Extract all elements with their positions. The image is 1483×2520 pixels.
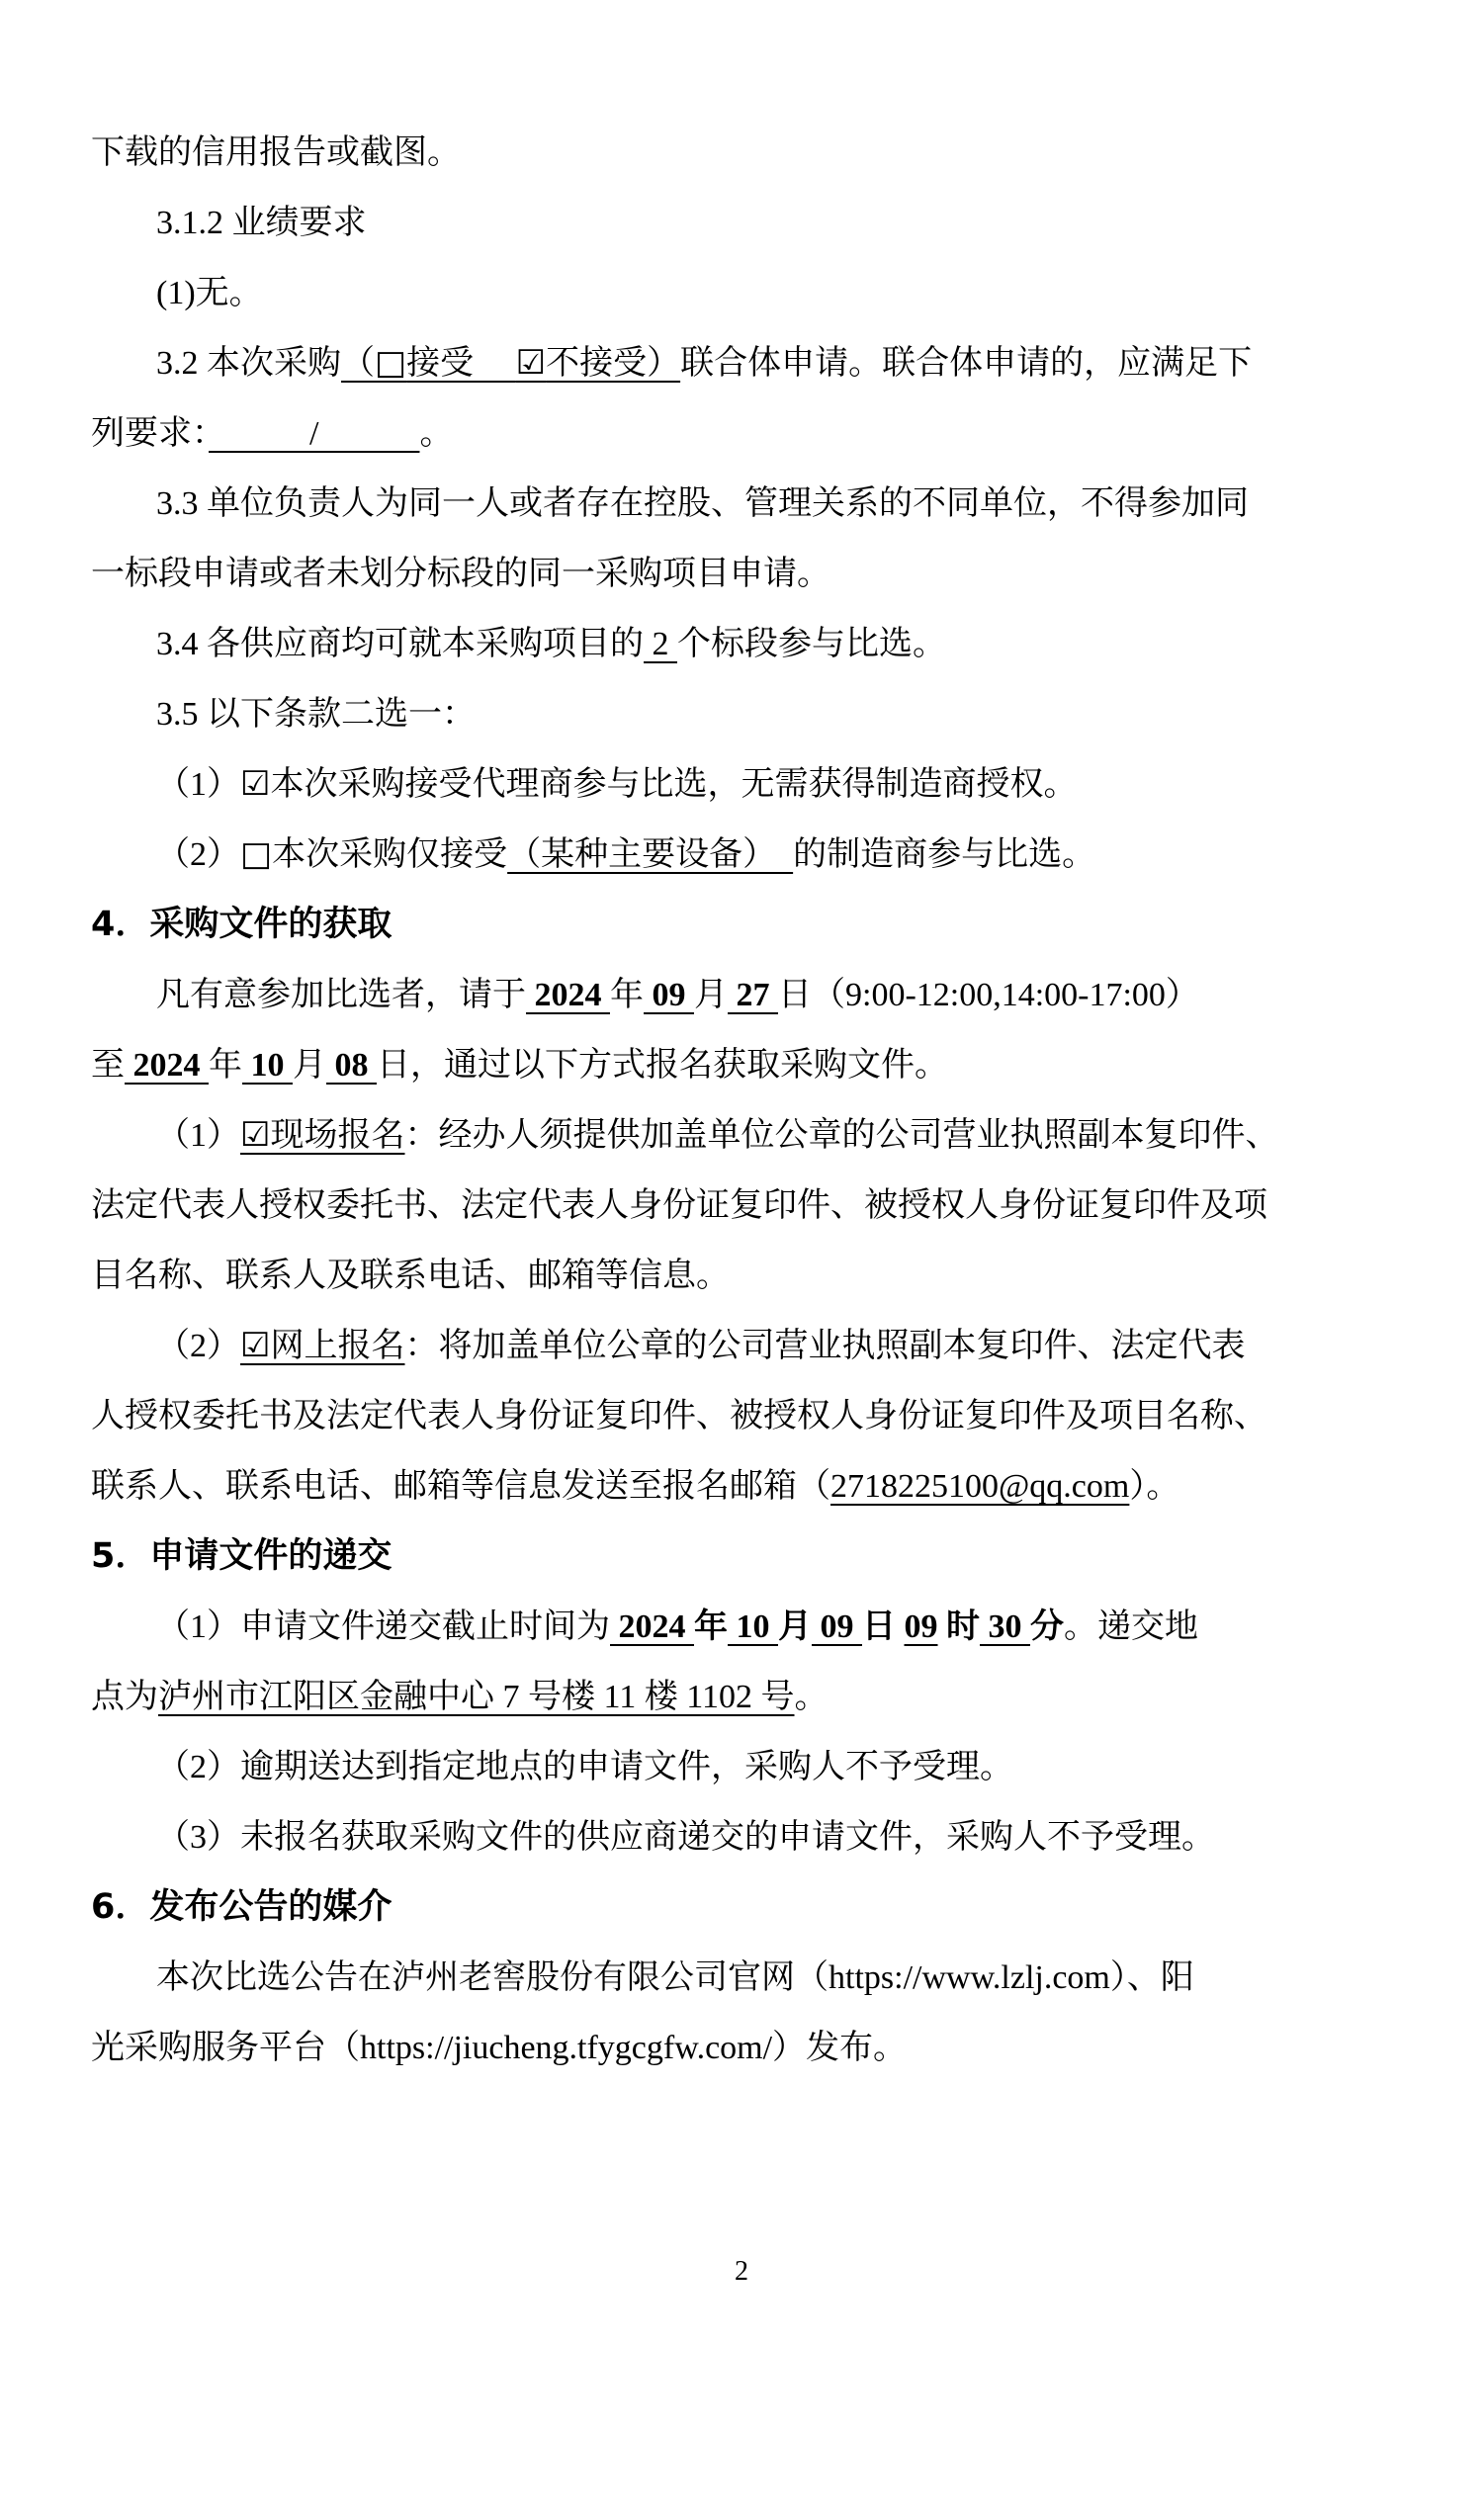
text-line: 光采购服务平台（https://jiucheng.tfygcgfw.com/）发… bbox=[91, 2013, 1410, 2083]
text-line: 凡有意参加比选者，请于 2024 年 09 月 27 日（9:00-12:00,… bbox=[91, 960, 1410, 1030]
text-line: 至 2024 年 10 月 08 日，通过以下方式报名获取采购文件。 bbox=[91, 1030, 1410, 1100]
text-segment: 2024 bbox=[125, 1047, 209, 1084]
text-segment: 个标段参与比选。 bbox=[677, 626, 946, 662]
text-segment: 年 bbox=[610, 977, 644, 1013]
text-line: 下载的信用报告或截图。 bbox=[91, 118, 1410, 188]
text-segment: 10 bbox=[728, 1608, 778, 1645]
text-segment: 3.4 各供应商均可就本采购项目的 bbox=[156, 626, 644, 662]
text-segment: 3.3 单位负责人为同一人或者存在控股、管理关系的不同单位，不得参加同 bbox=[156, 485, 1249, 522]
text-segment: 网上报名 bbox=[270, 1328, 404, 1364]
text-segment: 年 bbox=[209, 1047, 242, 1084]
text-line: 本次比选公告在泸州老窖股份有限公司官网（https://www.lzlj.com… bbox=[91, 1943, 1410, 2013]
text-segment: 凡有意参加比选者，请于 bbox=[156, 977, 526, 1013]
text-segment: 2718225100@qq.com bbox=[830, 1468, 1129, 1505]
checkbox-unchecked-icon: □ bbox=[240, 834, 272, 874]
text-line: 3.2 本次采购（□接受 ☑不接受）联合体申请。联合体申请的，应满足下 bbox=[91, 328, 1410, 398]
text-segment: 至 bbox=[91, 1047, 125, 1084]
text-segment: （1） bbox=[156, 1117, 240, 1154]
text-line: 列要求： / 。 bbox=[91, 398, 1410, 469]
text-line: （1）☑现场报名：经办人须提供加盖单位公章的公司营业执照副本复印件、 bbox=[91, 1100, 1410, 1171]
text-segment: 日 bbox=[862, 1608, 905, 1645]
text-segment: 泸州市江阳区金融中心 7 号楼 11 楼 1102 号 bbox=[158, 1679, 794, 1715]
text-segment: （某种主要设备） bbox=[507, 836, 793, 873]
text-segment: 光采购服务平台（https://jiucheng.tfygcgfw.com/）发… bbox=[91, 2030, 907, 2066]
text-segment: 人授权委托书及法定代表人身份证复印件、被授权人身份证复印件及项目名称、 bbox=[91, 1398, 1267, 1434]
text-line: 一标段申请或者未划分标段的同一采购项目申请。 bbox=[91, 539, 1410, 609]
text-segment: 一标段申请或者未划分标段的同一采购项目申请。 bbox=[91, 556, 830, 592]
text-segment: 的制造商参与比选。 bbox=[793, 836, 1095, 873]
text-segment: 本次采购接受代理商参与比选，无需获得制造商授权。 bbox=[270, 766, 1077, 803]
text-line: 目名称、联系人及联系电话、邮箱等信息。 bbox=[91, 1241, 1410, 1311]
text-segment: 2 bbox=[644, 626, 677, 662]
text-segment: 09 bbox=[644, 977, 694, 1013]
checkbox-checked-icon: ☑ bbox=[240, 1326, 270, 1365]
page-number: 2 bbox=[0, 2236, 1483, 2306]
text-line: 点为泸州市江阳区金融中心 7 号楼 11 楼 1102 号。 bbox=[91, 1662, 1410, 1732]
text-segment: 本次采购仅接受 bbox=[272, 836, 507, 873]
text-segment: 月 bbox=[694, 977, 728, 1013]
text-segment: 年 bbox=[694, 1608, 728, 1645]
text-line: 3.1.2 业绩要求 bbox=[91, 188, 1410, 258]
text-segment: （3）未报名获取采购文件的供应商递交的申请文件，采购人不予受理。 bbox=[156, 1819, 1215, 1856]
text-segment: 法定代表人授权委托书、法定代表人身份证复印件、被授权人身份证复印件及项 bbox=[91, 1187, 1267, 1224]
text-segment: 09 bbox=[812, 1608, 862, 1645]
text-segment: / bbox=[209, 415, 419, 452]
section-heading: 4．采购文件的获取 bbox=[91, 890, 1410, 960]
text-segment: 。 bbox=[419, 415, 453, 452]
text-segment: （1） bbox=[156, 766, 240, 803]
text-segment: 3.1.2 业绩要求 bbox=[156, 205, 367, 241]
text-line: （1）☑本次采购接受代理商参与比选，无需获得制造商授权。 bbox=[91, 749, 1410, 820]
text-line: 3.3 单位负责人为同一人或者存在控股、管理关系的不同单位，不得参加同 bbox=[91, 469, 1410, 539]
text-segment: 08 bbox=[326, 1047, 377, 1084]
checkbox-checked-icon: ☑ bbox=[516, 343, 546, 383]
text-segment: 联合体申请。联合体申请的，应满足下 bbox=[680, 345, 1252, 382]
text-segment: ：经办人须提供加盖单位公章的公司营业执照副本复印件、 bbox=[404, 1117, 1278, 1154]
text-segment: 联系人、联系电话、邮箱等信息发送至报名邮箱（ bbox=[91, 1468, 830, 1505]
text-segment: 30 bbox=[980, 1608, 1030, 1645]
text-line: （1）申请文件递交截止时间为 2024 年 10 月 09 日 09 时 30 … bbox=[91, 1592, 1410, 1662]
section-heading: 6．发布公告的媒介 bbox=[91, 1872, 1410, 1943]
text-segment: 日，通过以下方式报名获取采购文件。 bbox=[377, 1047, 948, 1084]
text-line: (1)无。 bbox=[91, 258, 1410, 328]
checkbox-checked-icon: ☑ bbox=[240, 1115, 270, 1155]
text-segment: 3.5 以下条款二选一： bbox=[156, 696, 476, 733]
text-segment: 不接受） bbox=[546, 345, 680, 382]
text-segment: 。递交地 bbox=[1064, 1608, 1198, 1645]
text-segment: 10 bbox=[242, 1047, 293, 1084]
text-segment: 分 bbox=[1030, 1608, 1064, 1645]
text-segment: 月 bbox=[778, 1608, 812, 1645]
document-page: 下载的信用报告或截图。3.1.2 业绩要求(1)无。3.2 本次采购（□接受 ☑… bbox=[0, 0, 1483, 2520]
text-line: 人授权委托书及法定代表人身份证复印件、被授权人身份证复印件及项目名称、 bbox=[91, 1381, 1410, 1451]
text-segment: 时 bbox=[938, 1608, 981, 1645]
text-segment: （2） bbox=[156, 1328, 240, 1364]
text-line: （3）未报名获取采购文件的供应商递交的申请文件，采购人不予受理。 bbox=[91, 1802, 1410, 1872]
text-line: 3.5 以下条款二选一： bbox=[91, 679, 1410, 749]
text-segment: 6．发布公告的媒介 bbox=[91, 1887, 392, 1927]
text-segment: ：将加盖单位公章的公司营业执照副本复印件、法定代表 bbox=[404, 1328, 1245, 1364]
text-line: 联系人、联系电话、邮箱等信息发送至报名邮箱（2718225100@qq.com）… bbox=[91, 1451, 1410, 1521]
text-segment: （2）逾期送达到指定地点的申请文件，采购人不予受理。 bbox=[156, 1749, 1013, 1785]
text-segment: 现场报名 bbox=[270, 1117, 404, 1154]
text-line: 3.4 各供应商均可就本采购项目的 2 个标段参与比选。 bbox=[91, 609, 1410, 679]
text-segment: 点为 bbox=[91, 1679, 158, 1715]
document-body: 下载的信用报告或截图。3.1.2 业绩要求(1)无。3.2 本次采购（□接受 ☑… bbox=[91, 118, 1410, 2083]
text-segment: 列要求： bbox=[91, 415, 209, 452]
text-segment: 4．采购文件的获取 bbox=[91, 905, 392, 944]
text-segment: 2024 bbox=[610, 1608, 694, 1645]
text-segment: 。 bbox=[794, 1679, 828, 1715]
text-segment: （ bbox=[341, 345, 375, 382]
text-segment: 5．申请文件的递交 bbox=[91, 1536, 392, 1576]
text-segment: 2024 bbox=[526, 977, 610, 1013]
text-segment: (1)无。 bbox=[156, 275, 263, 311]
text-line: （2）□本次采购仅接受（某种主要设备） 的制造商参与比选。 bbox=[91, 820, 1410, 890]
text-segment: ）。 bbox=[1129, 1468, 1179, 1505]
text-segment: 日（9:00-12:00,14:00-17:00） bbox=[778, 977, 1199, 1013]
text-segment: （1）申请文件递交截止时间为 bbox=[156, 1608, 610, 1645]
text-segment: 接受 bbox=[406, 345, 516, 382]
checkbox-checked-icon: ☑ bbox=[240, 764, 270, 804]
checkbox-unchecked-icon: □ bbox=[375, 343, 406, 383]
text-segment: 09 bbox=[905, 1608, 938, 1645]
text-line: 法定代表人授权委托书、法定代表人身份证复印件、被授权人身份证复印件及项 bbox=[91, 1171, 1410, 1241]
text-line: （2）☑网上报名：将加盖单位公章的公司营业执照副本复印件、法定代表 bbox=[91, 1311, 1410, 1381]
text-segment: 下载的信用报告或截图。 bbox=[91, 134, 461, 171]
text-segment: 3.2 本次采购 bbox=[156, 345, 341, 382]
text-segment: 月 bbox=[293, 1047, 326, 1084]
section-heading: 5．申请文件的递交 bbox=[91, 1521, 1410, 1592]
text-segment: 目名称、联系人及联系电话、邮箱等信息。 bbox=[91, 1258, 730, 1294]
text-segment: 本次比选公告在泸州老窖股份有限公司官网（https://www.lzlj.com… bbox=[156, 1959, 1194, 1996]
text-line: （2）逾期送达到指定地点的申请文件，采购人不予受理。 bbox=[91, 1732, 1410, 1802]
text-segment: 27 bbox=[728, 977, 778, 1013]
text-segment: （2） bbox=[156, 836, 240, 873]
